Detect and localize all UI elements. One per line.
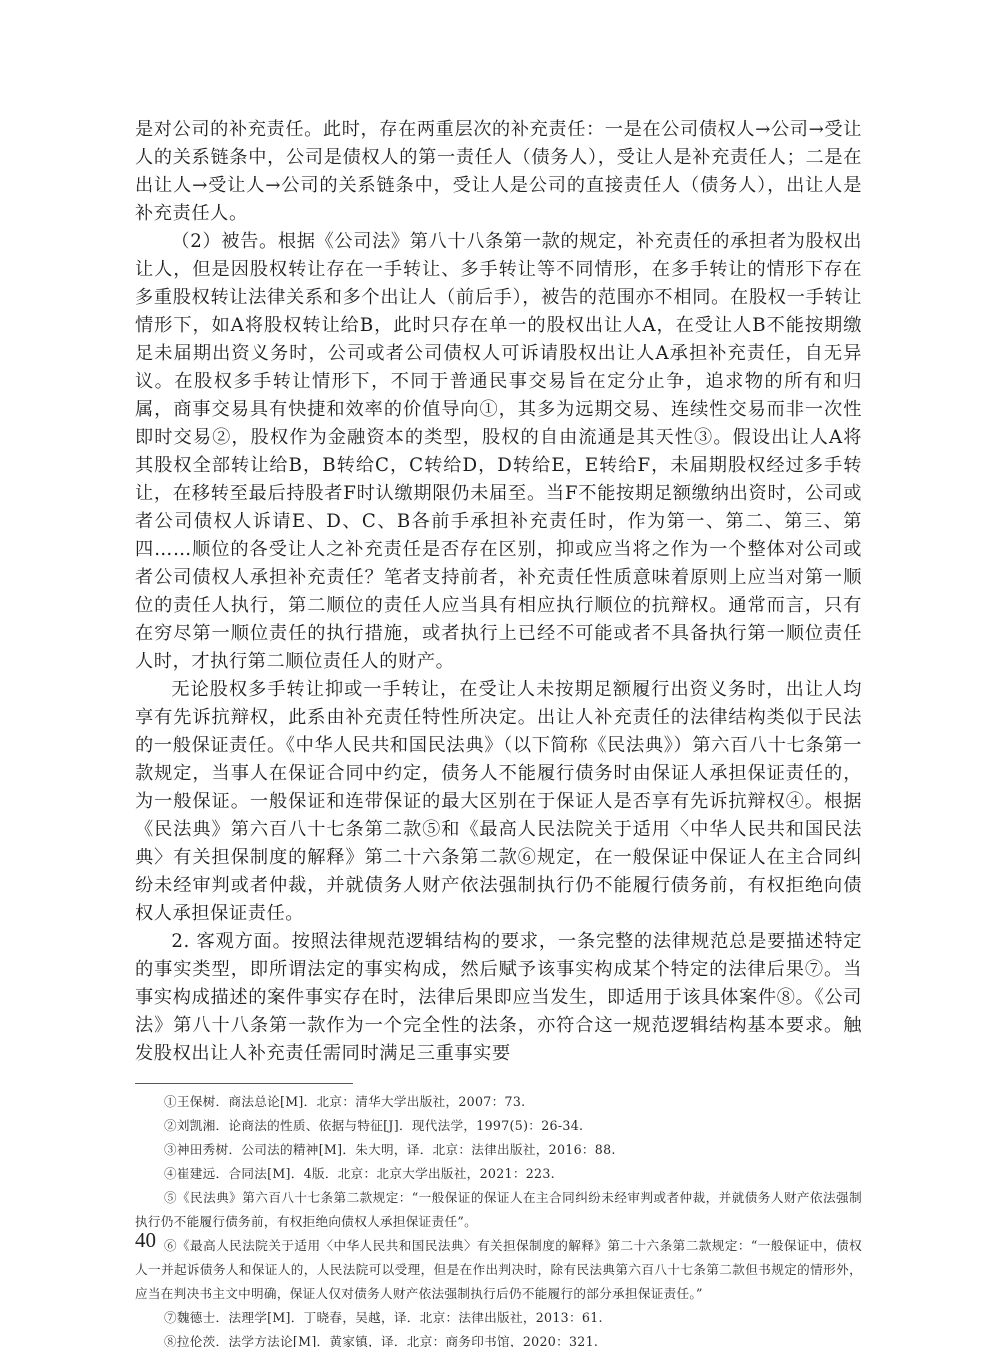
footnote-marker: ② (164, 1118, 177, 1133)
footnote-5: ⑤《民法典》第六百八十七条第二款规定：“一般保证的保证人在主合同纠纷未经审判或者… (135, 1186, 862, 1234)
footnote-marker: ⑤ (164, 1190, 177, 1205)
paragraph-defense-right: 无论股权多手转让抑或一手转让，在受让人未按期足额履行出资义务时，出让人均享有先诉… (135, 676, 862, 928)
footnote-separator (135, 1083, 353, 1084)
footnote-3: ③神田秀树．公司法的精神[M]．朱大明，译．北京：法律出版社，2016：88. (135, 1138, 862, 1162)
footnote-8: ⑧拉伦茨．法学方法论[M]．黄家镇，译．北京：商务印书馆，2020：321. (135, 1330, 862, 1347)
footnote-marker: ③ (164, 1142, 177, 1157)
footnote-2: ②刘凯湘．论商法的性质、依据与特征[J]．现代法学，1997(5)：26-34. (135, 1114, 862, 1138)
footnote-marker: ④ (164, 1166, 177, 1181)
page-number: 40 (135, 1228, 156, 1253)
footnote-marker: ⑥ (164, 1238, 177, 1253)
footnote-1: ①王保树．商法总论[M]．北京：清华大学出版社，2007：73. (135, 1090, 862, 1114)
footnote-marker: ① (164, 1094, 177, 1109)
page-content: 是对公司的补充责任。此时，存在两重层次的补充责任：一是在公司债权人→公司→受让人… (135, 116, 862, 1347)
body-text: 是对公司的补充责任。此时，存在两重层次的补充责任：一是在公司债权人→公司→受让人… (135, 116, 862, 1068)
footnotes: ①王保树．商法总论[M]．北京：清华大学出版社，2007：73. ②刘凯湘．论商… (135, 1090, 862, 1347)
footnote-6: ⑥《最高人民法院关于适用〈中华人民共和国民法典〉有关担保制度的解释》第二十六条第… (135, 1234, 862, 1306)
footnote-marker: ⑦ (164, 1310, 177, 1325)
footnote-marker: ⑧ (164, 1334, 177, 1347)
paragraph-defendant: （2）被告。根据《公司法》第八十八条第一款的规定，补充责任的承担者为股权出让人，… (135, 228, 862, 676)
paragraph-objective-aspect: 2. 客观方面。按照法律规范逻辑结构的要求，一条完整的法律规范总是要描述特定的事… (135, 928, 862, 1068)
paragraph-continuation: 是对公司的补充责任。此时，存在两重层次的补充责任：一是在公司债权人→公司→受让人… (135, 116, 862, 228)
footnote-4: ④崔建远．合同法[M]．4版．北京：北京大学出版社，2021：223. (135, 1162, 862, 1186)
footnote-7: ⑦魏德士．法理学[M]．丁晓春，吴越，译．北京：法律出版社，2013：61. (135, 1306, 862, 1330)
